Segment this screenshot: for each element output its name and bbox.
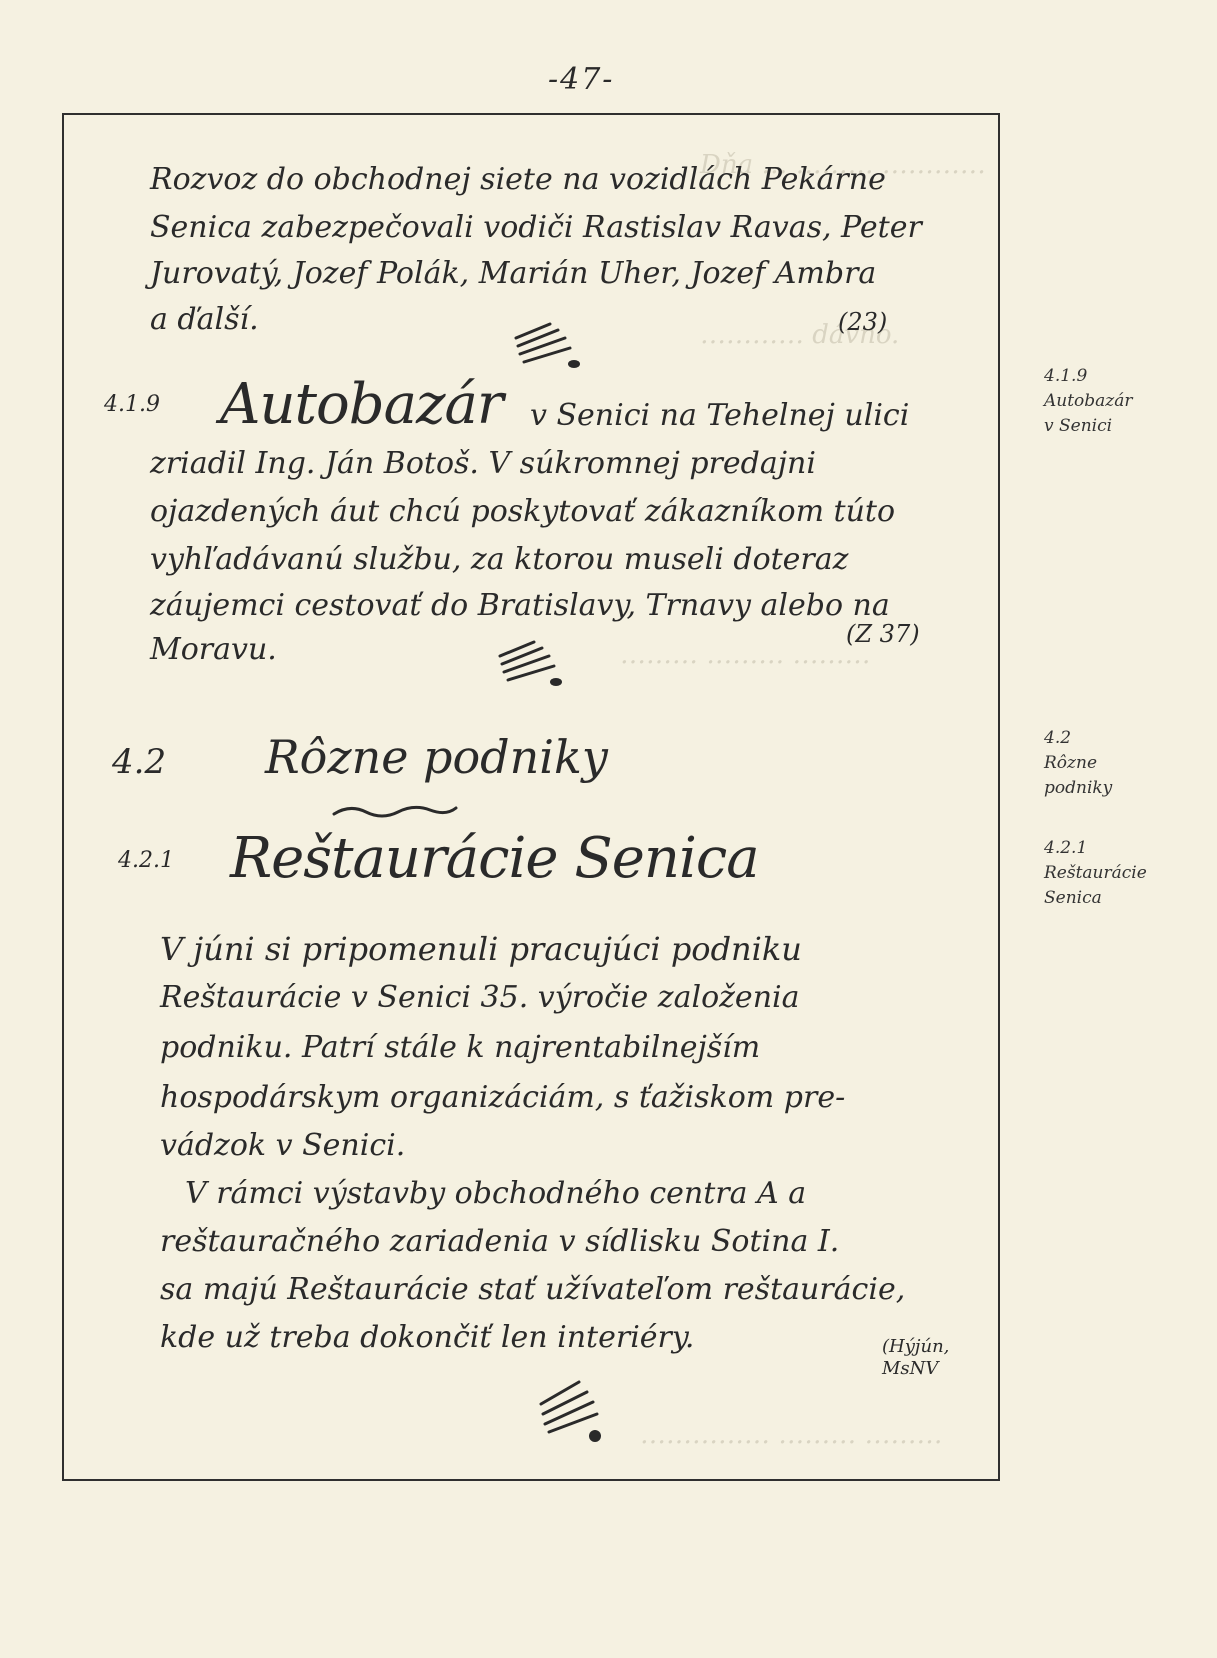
body-line: zriadil Ing. Ján Botoš. V súkromnej pred…	[150, 446, 816, 481]
section-title: Rôzne podniky	[265, 730, 608, 784]
body-line: hospodárskym organizáciám, s ťažiskom pr…	[160, 1080, 845, 1115]
margin-note: 4.1.9 Autobazár v Senici	[1044, 364, 1133, 439]
body-line: Jurovatý, Jozef Polák, Marián Uher, Joze…	[150, 256, 876, 291]
body-line: V rámci výstavby obchodného centra A a	[185, 1176, 806, 1211]
section-number: 4.2.1	[118, 848, 174, 873]
title-underline	[330, 800, 460, 824]
body-line: kde už treba dokončiť len interiéry.	[160, 1320, 694, 1355]
body-line: a ďalší.	[150, 302, 259, 337]
body-line: Reštaurácie v Senici 35. výročie založen…	[160, 980, 800, 1015]
body-line: v Senici na Tehelnej ulici	[530, 398, 909, 433]
body-line: vádzok v Senici.	[160, 1128, 405, 1163]
body-line: vyhľadávanú službu, za ktorou museli dot…	[150, 542, 848, 577]
section-title: Autobazár	[220, 372, 503, 437]
page-number: -47-	[548, 62, 614, 97]
margin-note: 4.2.1 Reštaurácie Senica	[1044, 836, 1147, 911]
section-number: 4.2	[112, 742, 166, 782]
section-number: 4.1.9	[104, 392, 160, 417]
source-reference: (Z 37)	[846, 620, 920, 648]
body-line: sa majú Reštaurácie stať užívateľom rešt…	[160, 1272, 905, 1307]
body-line: Rozvoz do obchodnej siete na vozidlách P…	[150, 162, 886, 197]
source-reference: (23)	[838, 308, 887, 336]
body-line: Senica zabezpečovali vodiči Rastislav Ra…	[150, 210, 922, 245]
section-title: Reštaurácie Senica	[230, 826, 759, 891]
body-line: záujemci cestovať do Bratislavy, Trnavy …	[150, 588, 890, 623]
section-end-flourish	[510, 318, 590, 374]
body-line: V júni si pripomenuli pracujúci podniku	[160, 930, 802, 968]
source-reference: (Hýjún, MsNV	[882, 1336, 949, 1380]
body-line: reštauračného zariadenia v sídlisku Soti…	[160, 1224, 839, 1259]
section-end-flourish	[494, 636, 574, 692]
body-line: podniku. Patrí stále k najrentabilnejším	[160, 1030, 760, 1065]
body-line: ojazdených áut chcú poskytovať zákazníko…	[150, 494, 895, 529]
margin-note: 4.2 Rôzne podniky	[1044, 726, 1112, 801]
body-line: Moravu.	[150, 632, 277, 667]
section-end-flourish	[535, 1374, 615, 1444]
